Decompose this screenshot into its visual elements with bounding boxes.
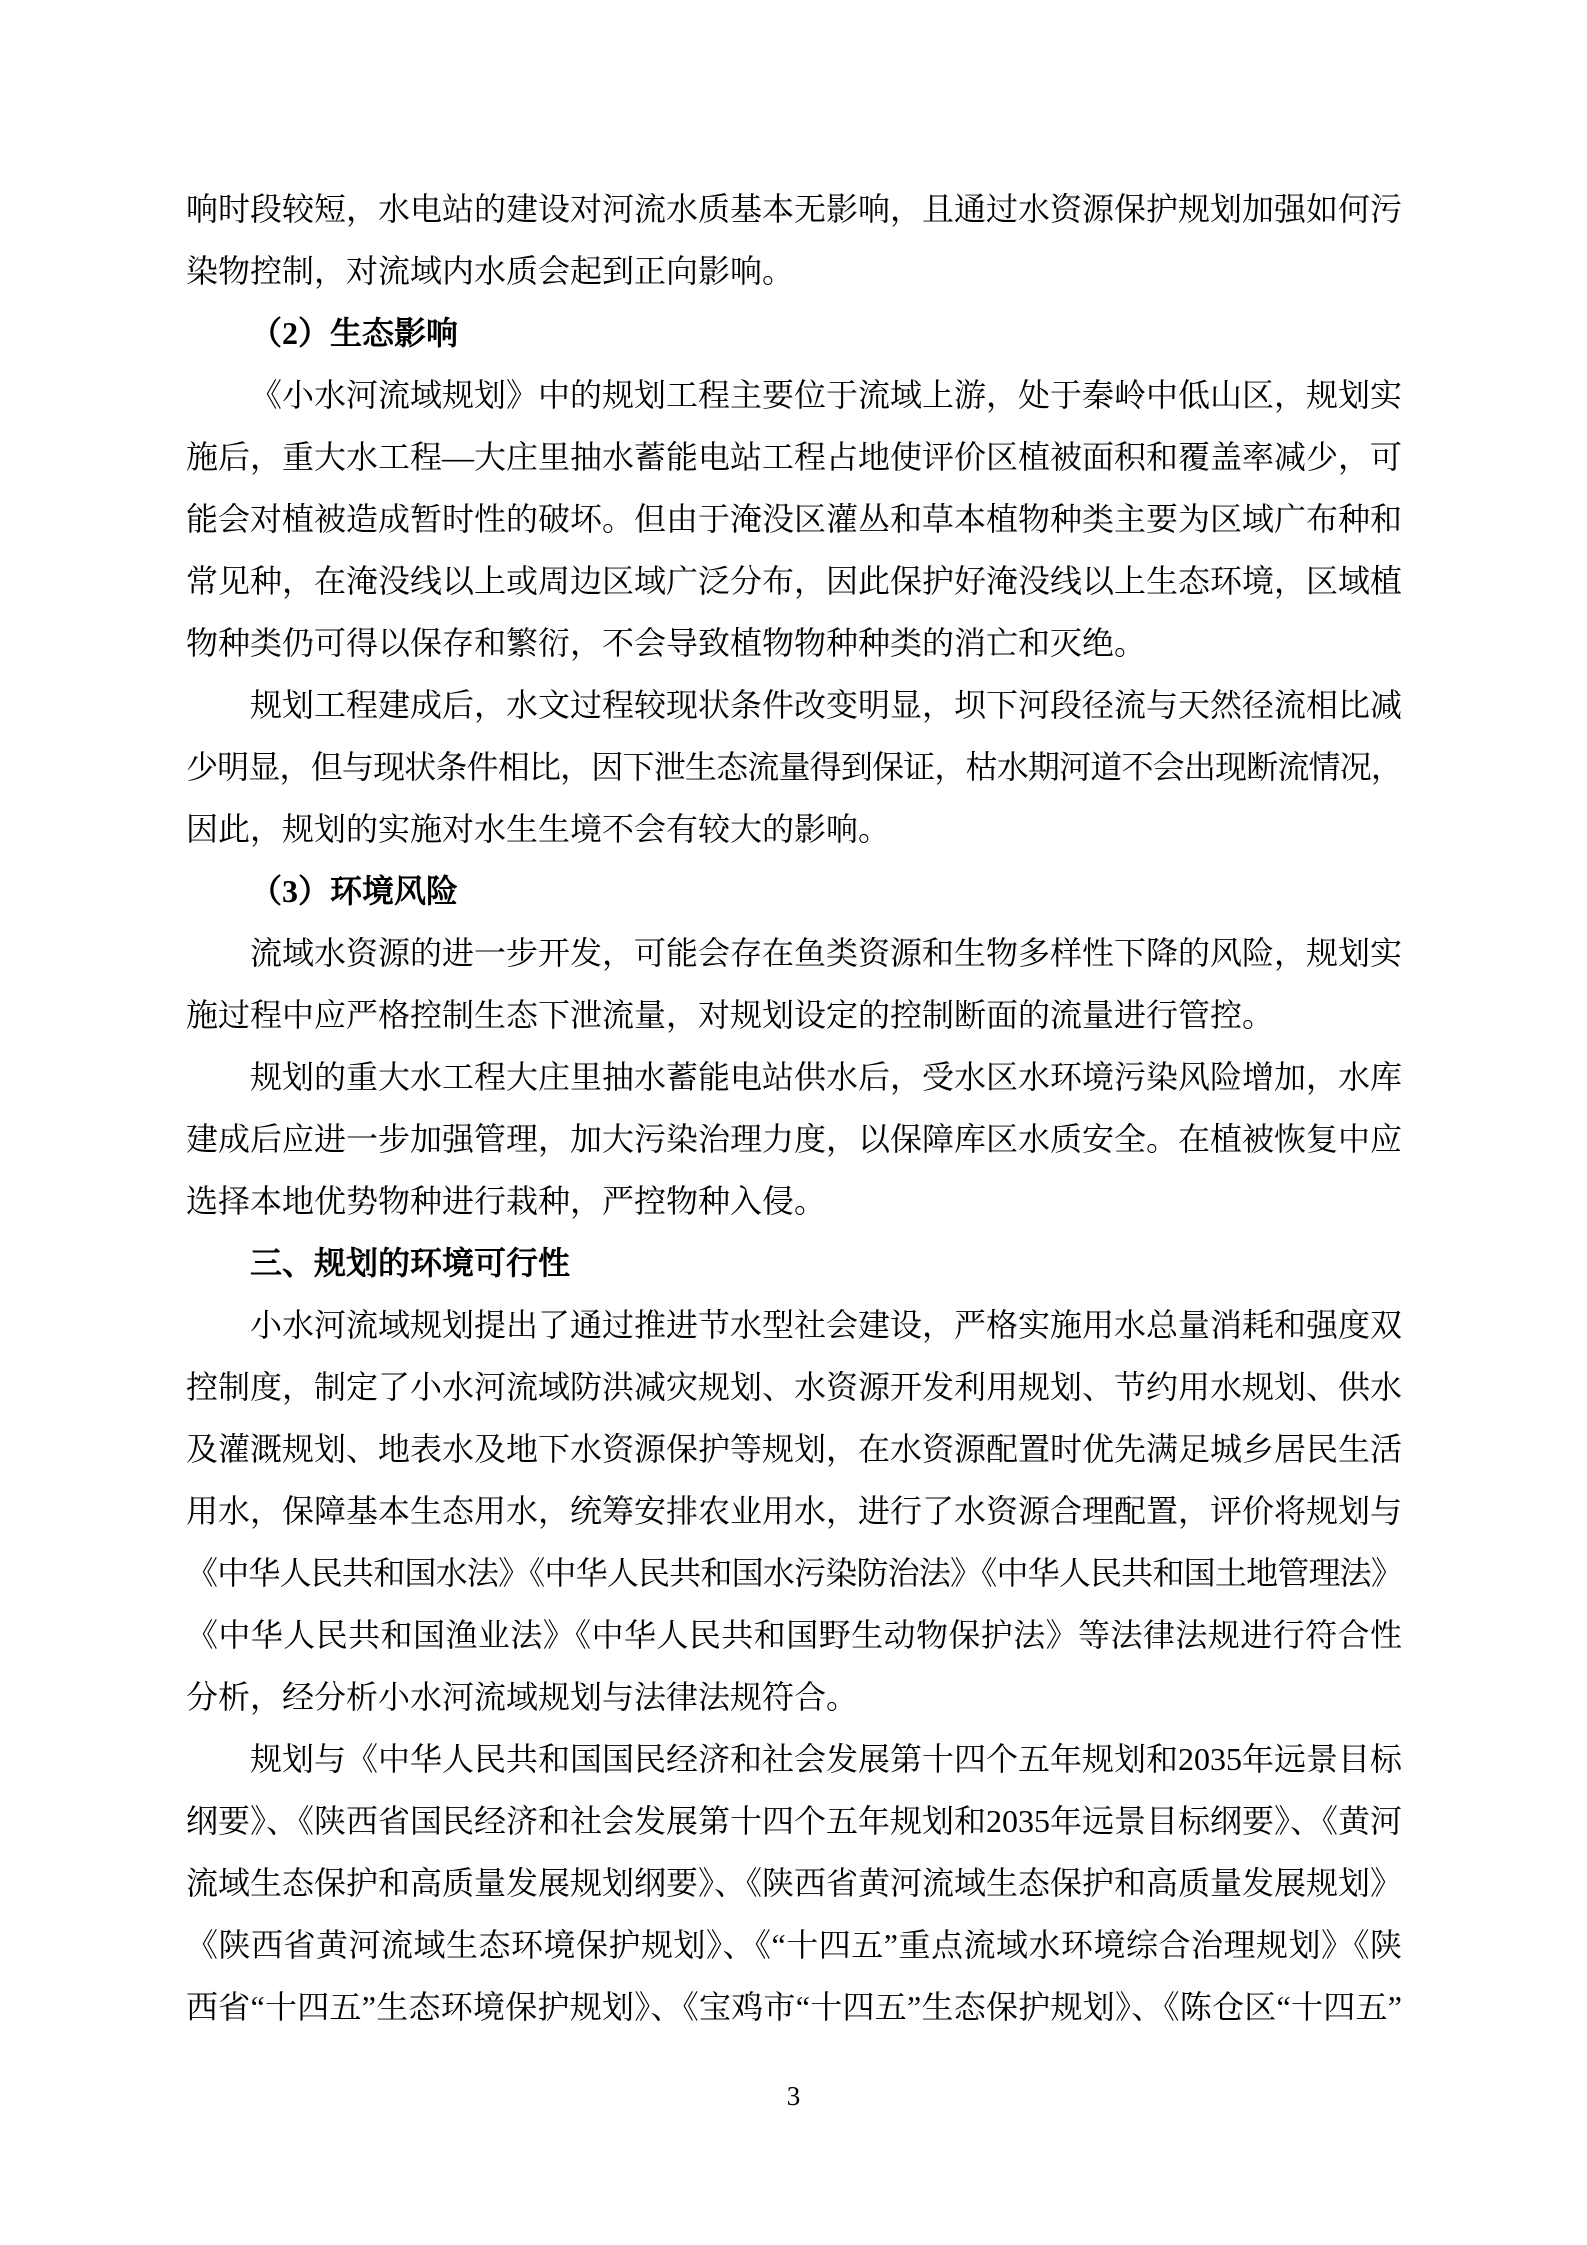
text-line: 及灌溉规划、地表水及地下水资源保护等规划，在水资源配置时优先满足城乡居民生活: [186, 1418, 1402, 1480]
text-line: 规划与《中华人民共和国国民经济和社会发展第十四个五年规划和2035年远景目标: [186, 1728, 1402, 1790]
text-line: 流域水资源的进一步开发，可能会存在鱼类资源和生物多样性下降的风险，规划实: [186, 922, 1402, 984]
text-line: 物种类仍可得以保存和繁衍，不会导致植物物种种类的消亡和灭绝。: [186, 612, 1402, 674]
text-line: 规划的重大水工程大庄里抽水蓄能电站供水后，受水区水环境污染风险增加，水库: [186, 1046, 1402, 1108]
text-line: 少明显，但与现状条件相比，因下泄生态流量得到保证，枯水期河道不会出现断流情况，: [186, 736, 1402, 798]
text-line: 《小水河流域规划》中的规划工程主要位于流域上游，处于秦岭中低山区，规划实: [186, 364, 1402, 426]
text-line: 西省“十四五”生态环境保护规划》、《宝鸡市“十四五”生态保护规划》、《陈仓区“十…: [186, 1976, 1402, 2038]
text-line: 用水，保障基本生态用水，统筹安排农业用水，进行了水资源合理配置，评价将规划与: [186, 1480, 1402, 1542]
text-line: 纲要》、《陕西省国民经济和社会发展第十四个五年规划和2035年远景目标纲要》、《…: [186, 1790, 1402, 1852]
text-line: 小水河流域规划提出了通过推进节水型社会建设，严格实施用水总量消耗和强度双: [186, 1294, 1402, 1356]
text-line: 分析，经分析小水河流域规划与法律法规符合。: [186, 1666, 1402, 1728]
text-line: 染物控制，对流域内水质会起到正向影响。: [186, 240, 1402, 302]
text-line: 建成后应进一步加强管理，加大污染治理力度，以保障库区水质安全。在植被恢复中应: [186, 1108, 1402, 1170]
text-line: 施过程中应严格控制生态下泄流量，对规划设定的控制断面的流量进行管控。: [186, 984, 1402, 1046]
text-line: 施后，重大水工程—大庄里抽水蓄能电站工程占地使评价区植被面积和覆盖率减少，可: [186, 426, 1402, 488]
heading-line: 三、规划的环境可行性: [186, 1232, 1402, 1294]
text-line: 《中华人民共和国渔业法》《中华人民共和国野生动物保护法》等法律法规进行符合性: [186, 1604, 1402, 1666]
text-block: 响时段较短，水电站的建设对河流水质基本无影响，且通过水资源保护规划加强如何污染物…: [186, 178, 1402, 2038]
text-line: 能会对植被造成暂时性的破坏。但由于淹没区灌丛和草本植物种类主要为区域广布种和: [186, 488, 1402, 550]
text-line: 因此，规划的实施对水生生境不会有较大的影响。: [186, 798, 1402, 860]
text-line: 控制度，制定了小水河流域防洪减灾规划、水资源开发利用规划、节约用水规划、供水: [186, 1356, 1402, 1418]
text-line: 《中华人民共和国水法》《中华人民共和国水污染防治法》《中华人民共和国土地管理法》: [186, 1542, 1402, 1604]
document-page: 响时段较短，水电站的建设对河流水质基本无影响，且通过水资源保护规划加强如何污染物…: [0, 0, 1587, 2245]
page-footer: 3: [0, 2072, 1587, 2120]
text-line: 《陕西省黄河流域生态环境保护规划》、《“十四五”重点流域水环境综合治理规划》《陕: [186, 1914, 1402, 1976]
heading-line: （3）环境风险: [186, 860, 1402, 922]
text-line: 流域生态保护和高质量发展规划纲要》、《陕西省黄河流域生态保护和高质量发展规划》: [186, 1852, 1402, 1914]
page-number: 3: [787, 2081, 801, 2111]
text-line: 选择本地优势物种进行栽种，严控物种入侵。: [186, 1170, 1402, 1232]
text-line: 常见种，在淹没线以上或周边区域广泛分布，因此保护好淹没线以上生态环境，区域植: [186, 550, 1402, 612]
text-line: 规划工程建成后，水文过程较现状条件改变明显，坝下河段径流与天然径流相比减: [186, 674, 1402, 736]
text-line: 响时段较短，水电站的建设对河流水质基本无影响，且通过水资源保护规划加强如何污: [186, 178, 1402, 240]
heading-line: （2）生态影响: [186, 302, 1402, 364]
